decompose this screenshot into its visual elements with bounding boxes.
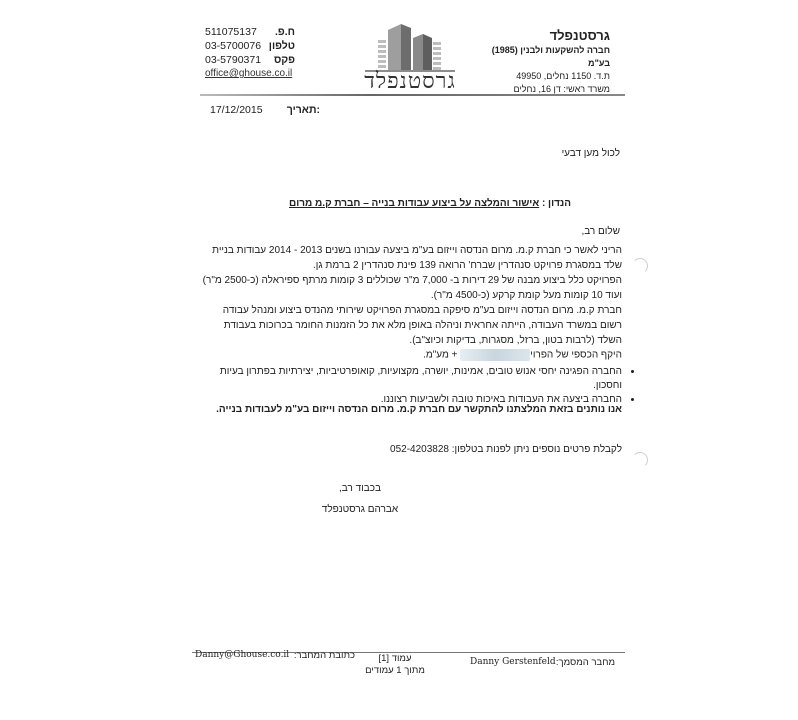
- company-block: גרסטנפלד חברה להשקעות ולבנין (1985) בע"מ…: [470, 28, 610, 96]
- list-item: החברה הפגינה יחסי אנוש טובים, אמינות, יו…: [200, 365, 622, 393]
- phone-row: 03-5700076 טלפון: [205, 39, 295, 53]
- fax-value: 03-5790371: [205, 53, 261, 67]
- company-subtitle: חברה להשקעות ולבנין (1985) בע"מ: [470, 44, 610, 70]
- header-divider: [200, 94, 625, 96]
- company-po-box: ת.ד. 1150 נחלים, 49950: [470, 70, 610, 83]
- footer-author-name: Danny Gerstenfeld: [470, 657, 556, 668]
- footer-author-label: מחבר המסמך:: [556, 657, 615, 668]
- contact-line: לקבלת פרטים נוספים ניתן לפנות בטלפון: 05…: [380, 444, 622, 455]
- redacted-amount: [460, 349, 530, 361]
- contact-text: לקבלת פרטים נוספים ניתן לפנות בטלפון:: [452, 444, 622, 455]
- signer-name: אברהם גרסטנפלד: [290, 504, 430, 515]
- closing: בכבוד רב,: [290, 483, 430, 494]
- recipient: לכול מען דבעי: [450, 148, 620, 159]
- phone-value: 03-5700076: [205, 39, 261, 53]
- footer-author: Danny Gerstenfeld מחבר המסמך:: [470, 657, 615, 668]
- punch-hole-icon: [632, 258, 648, 274]
- logo-text: גרסטנפלד: [345, 68, 475, 94]
- contact-phone: 052-4203828: [390, 444, 449, 455]
- contact-block: 511075137 ח.פ. 03-5700076 טלפון 03-57903…: [205, 25, 295, 81]
- paragraph-project: הריני לאשר כי חברת ק.מ. מרום הנדסה וייזו…: [200, 243, 622, 273]
- fax-label: פקס: [274, 53, 295, 67]
- punch-hole-icon: [632, 452, 648, 468]
- footer-email-value[interactable]: Danny@Ghouse.co.il: [195, 650, 289, 661]
- page-total: מתוך 1 עמודים: [360, 665, 430, 677]
- page-current: עמוד [1]: [360, 653, 430, 665]
- paragraph-services: חברת ק.מ. מרום הנדסה וייזום בע"מ סיפקה ב…: [200, 303, 622, 348]
- company-id-label: ח.פ.: [275, 25, 295, 39]
- paragraph-scope: הפרויקט כלל ביצוע מבנה של 29 דירות ב- 7,…: [200, 273, 622, 303]
- date-value: 17/12/2015: [210, 104, 263, 116]
- greeting: שלום רב,: [450, 226, 620, 237]
- company-id-value: 511075137: [205, 25, 257, 39]
- financial-scope: היקף הכספי של הפרוי + מע"מ.: [200, 349, 622, 361]
- office-email-link[interactable]: office@ghouse.co.il: [205, 67, 295, 81]
- recommendation: אנו נותנים בזאת המלצתנו להתקשר עם חברת ק…: [200, 404, 622, 415]
- fax-row: 03-5790371 פקס: [205, 53, 295, 67]
- company-logo: גרסטנפלד: [345, 22, 475, 94]
- buildings-icon: [345, 22, 475, 72]
- footer-page-number: עמוד [1] מתוך 1 עמודים: [360, 653, 430, 677]
- scope-suffix: + מע"מ.: [423, 350, 457, 361]
- date-label: תאריך:: [287, 104, 320, 116]
- subject-label: הנדון :: [542, 198, 571, 209]
- company-id-row: 511075137 ח.פ.: [205, 25, 295, 39]
- footer-email: Danny@Ghouse.co.il כתובת המחבר:: [195, 650, 355, 661]
- subject-line: הנדון : אישור והמלצה על ביצוע עבודות בני…: [260, 198, 600, 209]
- company-name: גרסטנפלד: [470, 28, 610, 44]
- scope-prefix: היקף הכספי של הפרוי: [530, 350, 622, 361]
- qualities-list: החברה הפגינה יחסי אנוש טובים, אמינות, יו…: [200, 365, 640, 407]
- footer-email-label: כתובת המחבר:: [294, 650, 355, 661]
- date-row: 17/12/2015 תאריך:: [210, 104, 320, 116]
- subject-text: אישור והמלצה על ביצוע עבודות בנייה – חבר…: [289, 198, 539, 209]
- phone-label: טלפון: [269, 39, 295, 53]
